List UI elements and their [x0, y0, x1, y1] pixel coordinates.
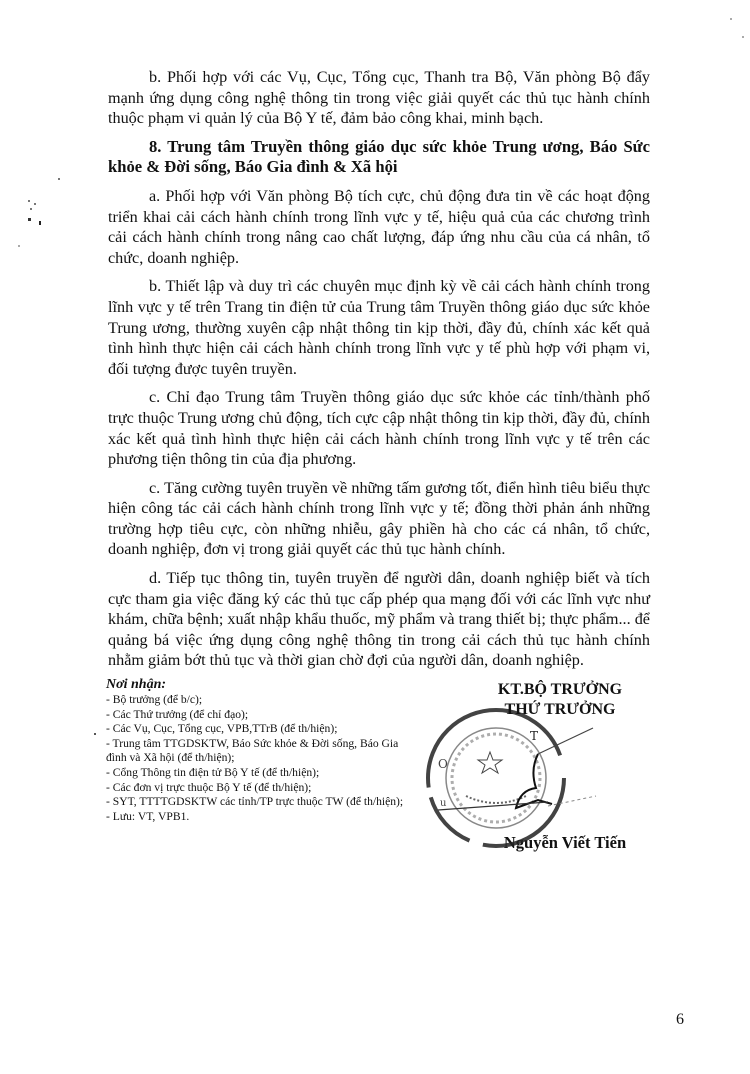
- section-8-heading: 8. Trung tâm Truyền thông giáo dục sức k…: [108, 137, 650, 178]
- recipient-item: - Các Vụ, Cục, Tổng cục, VPB,TTrB (để th…: [106, 722, 406, 737]
- paragraph-8b: b. Thiết lập và duy trì các chuyên mục đ…: [108, 276, 650, 379]
- recipients-title: Nơi nhận:: [106, 677, 406, 693]
- svg-text:O: O: [438, 757, 448, 771]
- recipient-item: - Lưu: VT, VPB1.: [106, 810, 406, 825]
- recipient-item: - Các Thứ trưởng (để chỉ đạo);: [106, 708, 406, 723]
- paragraph-8d: d. Tiếp tục thông tin, tuyên truyền để n…: [108, 568, 650, 671]
- signer-title-line1: KT.BỘ TRƯỞNG: [475, 680, 645, 700]
- recipient-item: - Bộ trưởng (để b/c);: [106, 693, 406, 708]
- document-body: b. Phối hợp với các Vụ, Cục, Tổng cục, T…: [108, 67, 650, 679]
- paragraph-8c: c. Chỉ đạo Trung tâm Truyền thông giáo d…: [108, 387, 650, 469]
- recipient-item: - SYT, TTTTGDSKTW các tỉnh/TP trực thuộc…: [106, 795, 406, 810]
- paragraph-8a: a. Phối hợp với Văn phòng Bộ tích cực, c…: [108, 186, 650, 268]
- paragraph-7b: b. Phối hợp với các Vụ, Cục, Tổng cục, T…: [108, 67, 650, 129]
- paragraph-8c-2: c. Tăng cường tuyên truyền về những tấm …: [108, 478, 650, 560]
- signer-title: KT.BỘ TRƯỞNG THỨ TRƯỞNG: [475, 680, 645, 720]
- svg-text:T: T: [530, 729, 538, 743]
- page-number: 6: [676, 1011, 684, 1029]
- recipient-item: - Cổng Thông tin điện tử Bộ Y tế (để th/…: [106, 766, 406, 781]
- official-seal-icon: O u T: [418, 698, 598, 848]
- signer-title-line2: THỨ TRƯỞNG: [475, 700, 645, 720]
- recipient-item: - Trung tâm TTGDSKTW, Báo Sức khỏe & Đời…: [106, 737, 406, 766]
- svg-text:u: u: [440, 798, 447, 809]
- recipient-item: - Các đơn vị trực thuộc Bộ Y tế (để th/h…: [106, 781, 406, 796]
- recipients-block: Nơi nhận: - Bộ trưởng (để b/c); - Các Th…: [106, 677, 406, 824]
- document-page: b. Phối hợp với các Vụ, Cục, Tổng cục, T…: [0, 0, 750, 1074]
